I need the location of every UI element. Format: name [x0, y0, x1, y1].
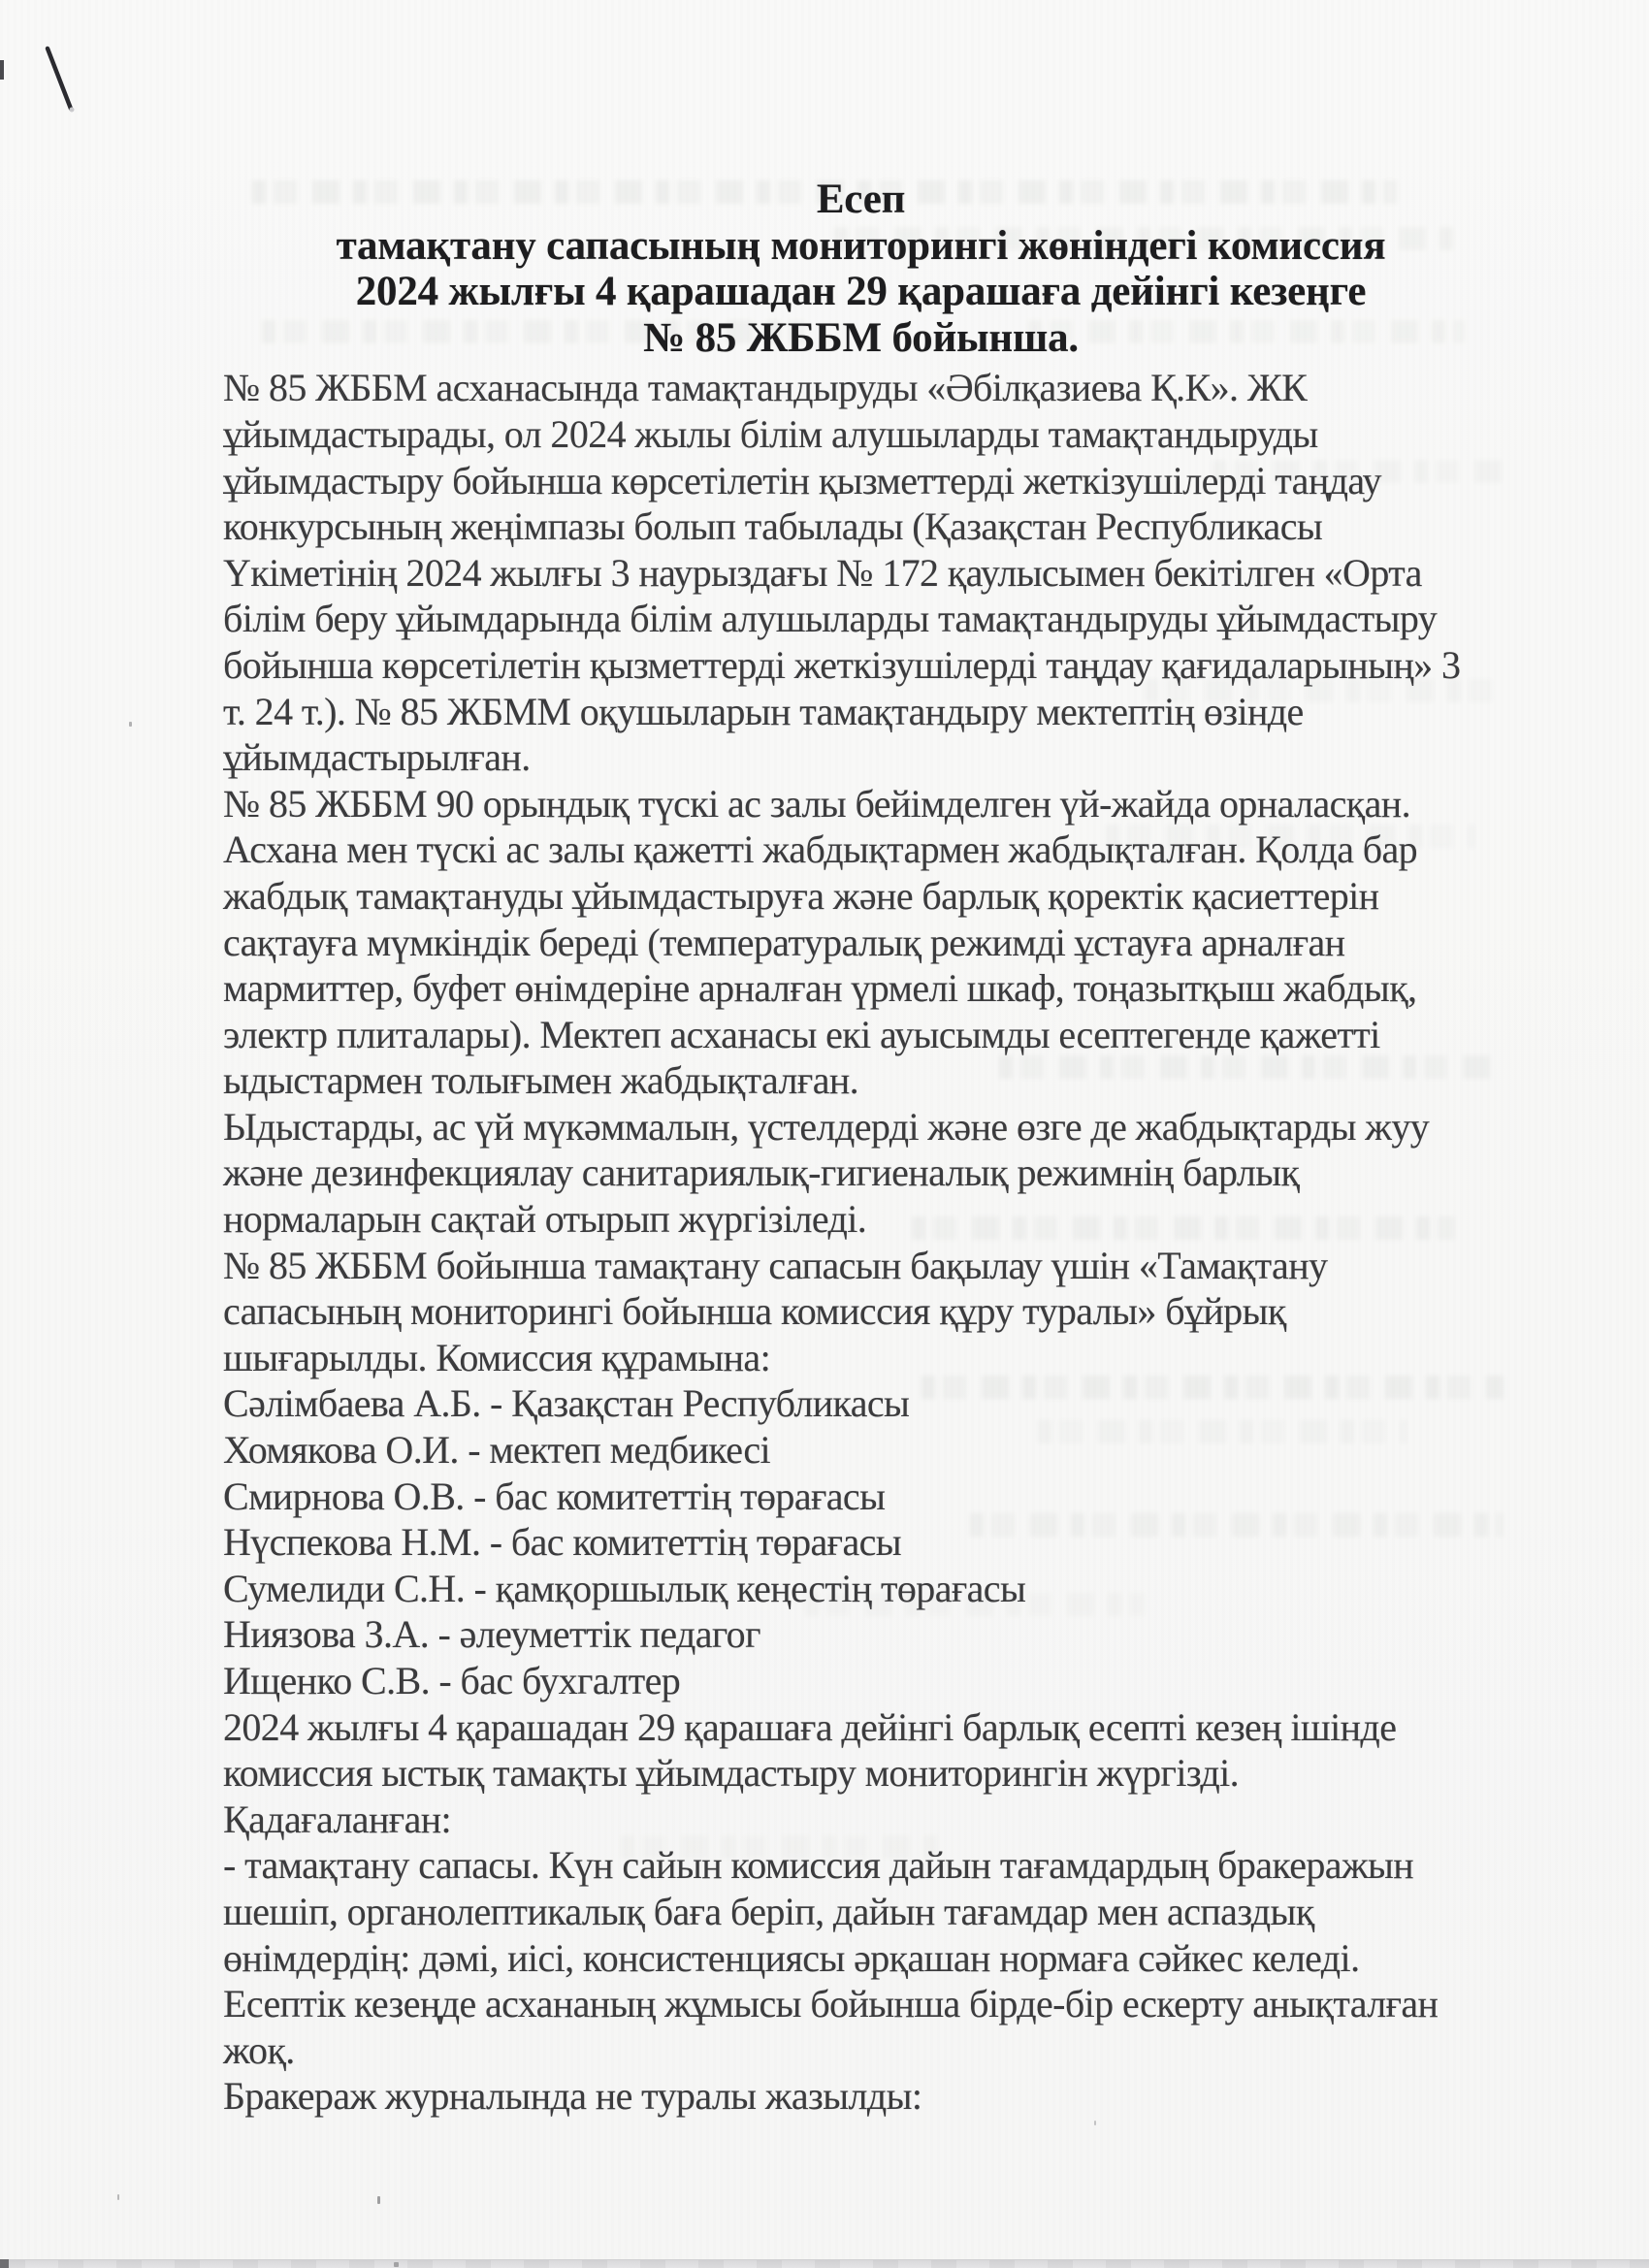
- body-line: ұйымдастырылған.: [223, 734, 1499, 781]
- body-line: Ниязова З.А. - әлеуметтік педагог: [223, 1611, 1499, 1658]
- body-line: Ыдыстарды, ас үй мүкәммалын, үстелдерді …: [223, 1104, 1499, 1150]
- dust-speck: [377, 2196, 380, 2204]
- body-line: шығарылды. Комиссия құрамына:: [223, 1335, 1499, 1381]
- body-line: комиссия ыстық тамақты ұйымдастыру монит…: [223, 1750, 1499, 1797]
- body-line: Сумелиди С.Н. - қамқоршылық кеңестің төр…: [223, 1566, 1499, 1612]
- title-line: тамақтану сапасының мониторингі жөніндег…: [223, 223, 1499, 270]
- body-line: нормаларын сақтай отырып жүргізіледі.: [223, 1196, 1499, 1243]
- body-line: электр плиталары). Мектеп асханасы екі а…: [223, 1012, 1499, 1058]
- body-line: және дезинфекциялау санитариялық-гигиена…: [223, 1150, 1499, 1196]
- body-line: ұйымдастыру бойынша көрсетілетін қызметт…: [223, 458, 1499, 504]
- body-line: 2024 жылғы 4 қарашадан 29 қарашаға дейін…: [223, 1704, 1499, 1751]
- body-line: № 85 ЖББМ 90 орындық түскі ас залы бейім…: [223, 781, 1499, 827]
- dust-speck: [1094, 2121, 1096, 2125]
- body-line: т. 24 т.). № 85 ЖБММ оқушыларын тамақтан…: [223, 689, 1499, 735]
- scanned-document-page: Есептамақтану сапасының мониторингі жөні…: [0, 0, 1649, 2268]
- scan-corner-artifact: [0, 2259, 9, 2268]
- body-line: ұйымдастырады, ол 2024 жылы білім алушыл…: [223, 411, 1499, 458]
- body-line: сапасының мониторингі бойынша комиссия қ…: [223, 1288, 1499, 1335]
- document-title: Есептамақтану сапасының мониторингі жөні…: [223, 177, 1499, 361]
- title-line: 2024 жылғы 4 қарашадан 29 қарашаға дейін…: [223, 269, 1499, 315]
- dust-speck: [117, 2194, 119, 2200]
- body-line: - тамақтану сапасы. Күн сайын комиссия д…: [223, 1842, 1499, 1889]
- body-line: мармиттер, буфет өнімдеріне арналған үрм…: [223, 965, 1499, 1012]
- body-line: Үкіметінің 2024 жылғы 3 наурыздағы № 172…: [223, 550, 1499, 597]
- pen-mark: [0, 0, 126, 155]
- body-line: Нүспекова Н.М. - бас комитеттің төрағасы: [223, 1519, 1499, 1566]
- dust-speck: [129, 722, 132, 727]
- body-line: өнімдердің: дәмі, иісі, консистенциясы ә…: [223, 1935, 1499, 1982]
- scan-edge-artifact: [0, 60, 4, 80]
- body-line: бойынша көрсетілетін қызметтерді жеткізу…: [223, 642, 1499, 689]
- body-line: конкурсының жеңімпазы болып табылады (Қа…: [223, 503, 1499, 550]
- title-line: Есеп: [223, 177, 1499, 223]
- body-line: жабдық тамақтануды ұйымдастыруға және ба…: [223, 873, 1499, 920]
- body-line: Ищенко С.В. - бас бухгалтер: [223, 1658, 1499, 1704]
- body-line: Бракераж журналында не туралы жазылды:: [223, 2073, 1499, 2120]
- title-line: № 85 ЖББМ бойынша.: [223, 315, 1499, 362]
- document-body: № 85 ЖББМ асханасында тамақтандыруды «Әб…: [223, 365, 1499, 2120]
- body-line: Қадағаланған:: [223, 1797, 1499, 1843]
- body-line: Асхана мен түскі ас залы қажетті жабдықт…: [223, 826, 1499, 873]
- body-line: Есептік кезеңде асхананың жұмысы бойынша…: [223, 1981, 1499, 2027]
- body-line: № 85 ЖББМ асханасында тамақтандыруды «Әб…: [223, 365, 1499, 411]
- body-line: білім беру ұйымдарында білім алушыларды …: [223, 596, 1499, 642]
- body-line: Сәлімбаева А.Б. - Қазақстан Республикасы: [223, 1380, 1499, 1427]
- body-line: ыдыстармен толығымен жабдықталған.: [223, 1057, 1499, 1104]
- body-line: сақтауға мүмкіндік береді (температуралы…: [223, 920, 1499, 966]
- body-line: шешіп, органолептикалық баға беріп, дайы…: [223, 1889, 1499, 1935]
- body-line: Хомякова О.И. - мектеп медбикесі: [223, 1427, 1499, 1474]
- body-line: Смирнова О.В. - бас комитеттің төрағасы: [223, 1474, 1499, 1520]
- scan-bottom-strip: [0, 2259, 1649, 2268]
- document-content: Есептамақтану сапасының мониторингі жөні…: [223, 177, 1499, 2120]
- body-line: № 85 ЖББМ бойынша тамақтану сапасын бақы…: [223, 1243, 1499, 1289]
- body-line: жоқ.: [223, 2027, 1499, 2074]
- scan-edge-artifact: [394, 2262, 399, 2267]
